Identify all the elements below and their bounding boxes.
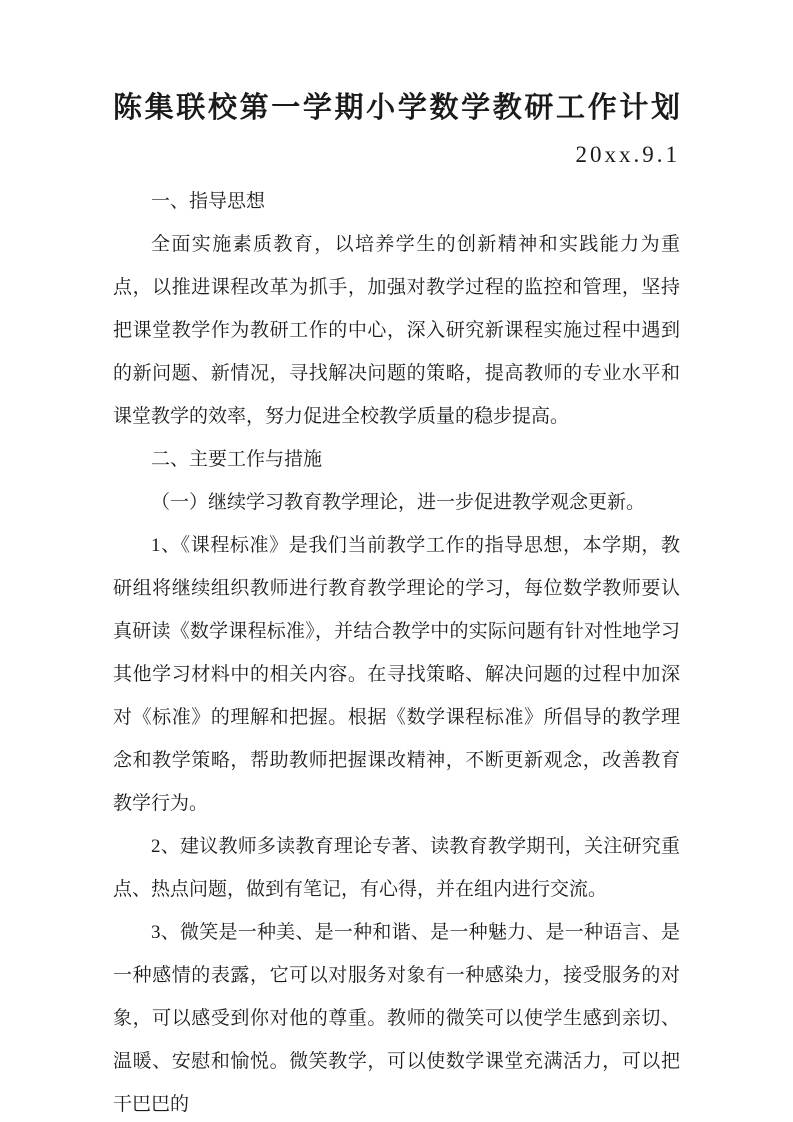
paragraph-guiding-ideology-body: 全面实施素质教育，以培养学生的创新精神和实践能力为重点，以推进课程改革为抓手，加… [113,223,680,438]
document-content: 陈集联校第一学期小学数学教研工作计划 20xx.9.1 一、指导思想 全面实施素… [113,84,680,1122]
document-body: 一、指导思想 全面实施素质教育，以培养学生的创新精神和实践能力为重点，以推进课程… [113,178,680,1122]
paragraph-item-1-curriculum-standard: 1、《课程标准》是我们当前教学工作的指导思想，本学期，教研组将继续组织教师进行教… [113,524,680,825]
section-heading-guiding-ideology: 一、指导思想 [113,180,680,223]
section-heading-main-work: 二、主要工作与措施 [113,438,680,481]
document-date: 20xx.9.1 [113,132,680,178]
document-title: 陈集联校第一学期小学数学教研工作计划 [113,84,680,132]
document-page: 陈集联校第一学期小学数学教研工作计划 20xx.9.1 一、指导思想 全面实施素… [0,0,793,1122]
paragraph-item-3-smile-teaching: 3、微笑是一种美、是一种和谐、是一种魅力、是一种语言、是一种感情的表露，它可以对… [113,911,680,1122]
sub-heading-theory-study: （一）继续学习教育教学理论，进一步促进教学观念更新。 [113,481,680,524]
paragraph-item-2-reading: 2、建议教师多读教育理论专著、读教育教学期刊，关注研究重点、热点问题，做到有笔记… [113,825,680,911]
